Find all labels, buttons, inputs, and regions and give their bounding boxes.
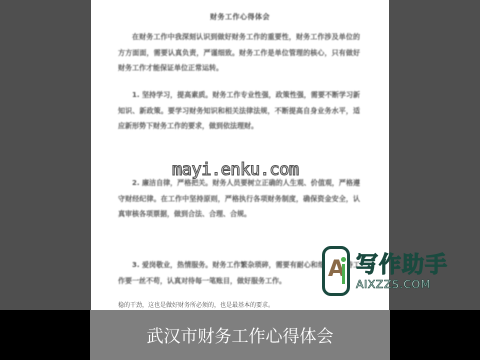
logo-i-dot-icon: [341, 257, 346, 262]
document-viewer: 财务工作心得体会 在财务工作中我深刻认识到做好财务工作的重要性，财务工作涉及单位…: [0, 0, 480, 310]
logo-i-bar-icon: [342, 264, 345, 284]
document-paragraph: 2. 廉洁自律，严格把关。财务人员要树立正确的人生观、价值观，严格遵守财经纪律。…: [118, 176, 360, 223]
ai-logo-icon: A: [322, 246, 350, 296]
document-paragraph: 在财务工作中我深刻认识到做好财务工作的重要性，财务工作涉及单位的方方面面，需要认…: [118, 30, 360, 77]
caption-bar: 武汉市财务工作心得体会: [0, 310, 480, 360]
document-paragraph: 1. 坚持学习，提高素质。财务工作专业性强，政策性强，需要不断学习新知识、新政策…: [118, 88, 360, 135]
logo-name-cn: 写作助手: [356, 248, 448, 279]
caption-title: 武汉市财务工作心得体会: [0, 322, 480, 347]
logo-name-en: AIXZZS.COM: [356, 278, 431, 291]
site-watermark: mayi.enku.com: [172, 160, 299, 180]
brand-logo: A 写作助手 AIXZZS.COM: [322, 246, 462, 302]
document-title: 财务工作心得体会: [91, 12, 389, 22]
